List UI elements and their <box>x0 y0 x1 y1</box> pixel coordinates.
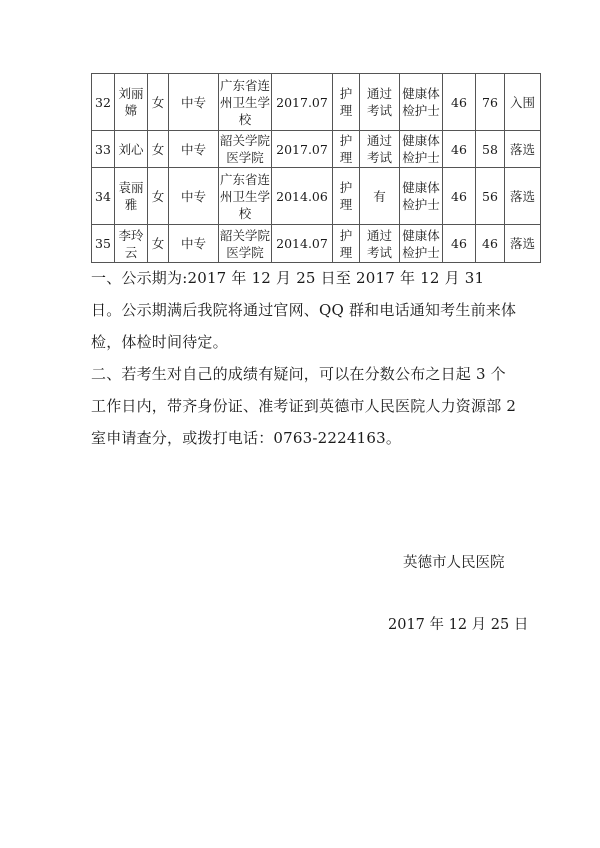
cell-major: 护理 <box>333 225 360 263</box>
cell-text: 56 <box>477 188 503 205</box>
cell-text: 46 <box>477 235 503 252</box>
cell-text: 落选 <box>506 188 539 205</box>
cell-text: 46 <box>444 141 474 158</box>
cell-text: 通过考试 <box>361 227 398 261</box>
cell-text: 女 <box>149 235 167 252</box>
cell-qualification: 通过考试 <box>360 131 400 168</box>
cell-result: 落选 <box>505 168 541 225</box>
cell-text: 2017.07 <box>273 94 331 111</box>
table-row: 35李玲云女中专韶关学院医学院2014.07护理通过考试健康体检护士4646落选 <box>92 225 541 263</box>
cell-education: 中专 <box>169 225 219 263</box>
cell-text: 女 <box>149 188 167 205</box>
cell-qualification: 通过考试 <box>360 74 400 131</box>
cell-position: 健康体检护士 <box>400 74 443 131</box>
table-row: 34袁丽雅女中专广东省连州卫生学校2014.06护理有健康体检护士4656落选 <box>92 168 541 225</box>
cell-education: 中专 <box>169 74 219 131</box>
cell-name: 刘心 <box>115 131 148 168</box>
cell-text: 中专 <box>170 188 217 205</box>
cell-text: 李玲云 <box>116 227 146 261</box>
cell-text: 女 <box>149 141 167 158</box>
cell-result: 落选 <box>505 131 541 168</box>
cell-school: 韶关学院医学院 <box>219 225 272 263</box>
cell-no: 34 <box>92 168 115 225</box>
cell-pass-line: 46 <box>443 131 476 168</box>
cell-text: 健康体检护士 <box>401 85 441 119</box>
cell-text: 通过考试 <box>361 132 398 166</box>
cell-text: 通过考试 <box>361 85 398 119</box>
cell-text: 健康体检护士 <box>401 132 441 166</box>
cell-result: 落选 <box>505 225 541 263</box>
cell-text: 中专 <box>170 141 217 158</box>
notice-item-2: 二、若考生对自己的成绩有疑问，可以在分数公布之日起 3 个工作日内，带齐身份证、… <box>91 358 519 454</box>
cell-text: 76 <box>477 94 503 111</box>
cell-text: 中专 <box>170 94 217 111</box>
cell-text: 刘心 <box>116 141 146 158</box>
cell-graduation: 2017.07 <box>272 74 333 131</box>
cell-text: 护理 <box>334 179 358 213</box>
signature-date: 2017 年 12 月 25 日 <box>388 613 528 634</box>
cell-score: 46 <box>476 225 505 263</box>
cell-pass-line: 46 <box>443 168 476 225</box>
cell-text: 有 <box>361 188 398 205</box>
cell-no: 35 <box>92 225 115 263</box>
cell-major: 护理 <box>333 74 360 131</box>
cell-text: 护理 <box>334 227 358 261</box>
cell-gender: 女 <box>148 131 169 168</box>
cell-gender: 女 <box>148 74 169 131</box>
cell-text: 落选 <box>506 141 539 158</box>
cell-text: 46 <box>444 94 474 111</box>
cell-text: 护理 <box>334 132 358 166</box>
cell-text: 护理 <box>334 85 358 119</box>
cell-name: 袁丽雅 <box>115 168 148 225</box>
table-row: 33刘心女中专韶关学院医学院2017.07护理通过考试健康体检护士4658落选 <box>92 131 541 168</box>
table-row: 32刘丽嫦女中专广东省连州卫生学校2017.07护理通过考试健康体检护士4676… <box>92 74 541 131</box>
cell-text: 33 <box>93 141 113 158</box>
cell-text: 58 <box>477 141 503 158</box>
cell-no: 32 <box>92 74 115 131</box>
cell-name: 刘丽嫦 <box>115 74 148 131</box>
cell-major: 护理 <box>333 131 360 168</box>
cell-text: 35 <box>93 235 113 252</box>
cell-text: 中专 <box>170 235 217 252</box>
cell-school: 广东省连州卫生学校 <box>219 74 272 131</box>
cell-education: 中专 <box>169 168 219 225</box>
cell-text: 32 <box>93 94 113 111</box>
cell-text: 46 <box>444 235 474 252</box>
cell-text: 韶关学院医学院 <box>220 227 270 261</box>
cell-result: 入围 <box>505 74 541 131</box>
cell-qualification: 有 <box>360 168 400 225</box>
document-page: 32刘丽嫦女中专广东省连州卫生学校2017.07护理通过考试健康体检护士4676… <box>0 0 600 848</box>
cell-score: 56 <box>476 168 505 225</box>
cell-position: 健康体检护士 <box>400 225 443 263</box>
cell-text: 2017.07 <box>273 141 331 158</box>
cell-position: 健康体检护士 <box>400 168 443 225</box>
cell-school: 广东省连州卫生学校 <box>219 168 272 225</box>
cell-major: 护理 <box>333 168 360 225</box>
cell-text: 广东省连州卫生学校 <box>220 171 270 222</box>
cell-text: 女 <box>149 94 167 111</box>
cell-text: 袁丽雅 <box>116 179 146 213</box>
cell-graduation: 2014.07 <box>272 225 333 263</box>
cell-education: 中专 <box>169 131 219 168</box>
cell-pass-line: 46 <box>443 74 476 131</box>
cell-text: 46 <box>444 188 474 205</box>
cell-graduation: 2014.06 <box>272 168 333 225</box>
cell-text: 健康体检护士 <box>401 227 441 261</box>
cell-school: 韶关学院医学院 <box>219 131 272 168</box>
cell-text: 落选 <box>506 235 539 252</box>
cell-score: 76 <box>476 74 505 131</box>
cell-text: 刘丽嫦 <box>116 85 146 119</box>
signature-organization: 英德市人民医院 <box>403 551 505 572</box>
cell-name: 李玲云 <box>115 225 148 263</box>
cell-text: 2014.06 <box>273 188 331 205</box>
cell-text: 入围 <box>506 94 539 111</box>
cell-graduation: 2017.07 <box>272 131 333 168</box>
cell-text: 34 <box>93 188 113 205</box>
cell-text: 2014.07 <box>273 235 331 252</box>
cell-gender: 女 <box>148 225 169 263</box>
notice-item-1: 一、公示期为:2017 年 12 月 25 日至 2017 年 12 月 31 … <box>91 262 519 358</box>
cell-text: 韶关学院医学院 <box>220 132 270 166</box>
cell-text: 健康体检护士 <box>401 179 441 213</box>
cell-text: 广东省连州卫生学校 <box>220 77 270 128</box>
cell-score: 58 <box>476 131 505 168</box>
cell-position: 健康体检护士 <box>400 131 443 168</box>
cell-no: 33 <box>92 131 115 168</box>
cell-pass-line: 46 <box>443 225 476 263</box>
cell-gender: 女 <box>148 168 169 225</box>
cell-qualification: 通过考试 <box>360 225 400 263</box>
candidate-results-table: 32刘丽嫦女中专广东省连州卫生学校2017.07护理通过考试健康体检护士4676… <box>91 73 541 263</box>
